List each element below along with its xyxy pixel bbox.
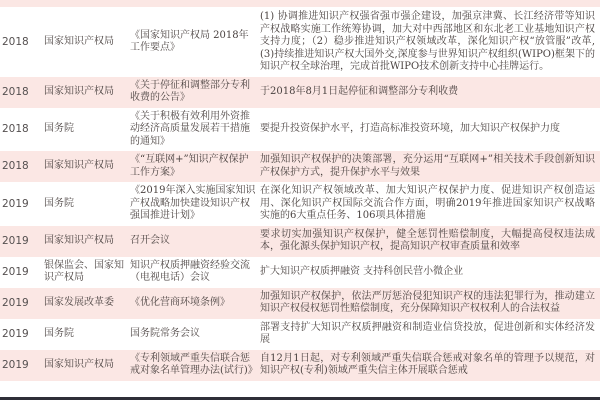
cell-desc: 于2018年8月1日起停征和调整部分专利收费 <box>260 86 598 99</box>
cell-desc: 加强知识产权保护，依法严厉惩治侵犯知识产权的违法犯罪行为，推动建立知识产权侵权惩… <box>260 291 598 316</box>
cell-title: 《国家知识产权局 2018年工作要点》 <box>130 30 256 55</box>
cell-agency: 国家知识产权局 <box>44 86 126 99</box>
cell-title: 知识产权质押融资经验交流（电视电话）会议 <box>130 260 256 285</box>
table-row: 2018 国务院 《关于积极有效利用外资推动经济高质量发展若干措施的通知》 要提… <box>0 108 600 152</box>
cell-desc: 要求切实加强知识产权保护，健全惩罚性赔偿制度，大幅提高侵权违法成本，强化源头保护… <box>260 229 598 254</box>
cell-title: 《关于停征和调整部分专利收费的公告》 <box>130 80 256 105</box>
table-body: 2018 国家知识产权局 《国家知识产权局 2018年工作要点》 (1) 协调推… <box>0 8 600 381</box>
partial-row-top <box>0 0 600 8</box>
table-row: 2018 国家知识产权局 《关于停征和调整部分专利收费的公告》 于2018年8月… <box>0 77 600 108</box>
cell-year: 2019 <box>2 235 40 248</box>
cell-agency: 国务院 <box>44 198 126 211</box>
cell-agency: 银保监会、国家知识产权局 <box>44 260 126 285</box>
cell-year: 2018 <box>2 36 40 49</box>
cell-year: 2019 <box>2 297 40 310</box>
cell-agency: 国家知识产权局 <box>44 36 126 49</box>
cell-agency: 国务院 <box>44 328 126 341</box>
table-row: 2019 国务院 国务院常务会议 部署支持扩大知识产权质押融资和制造业信贷投放，… <box>0 319 600 350</box>
table-row: 2019 国家知识产权局 《专利领域严重失信联合惩戒对象名单管理办法(试行)》 … <box>0 350 600 381</box>
cell-desc: 要提升投资保护水平，打造高标准投资环境，加大知识产权保护力度 <box>260 123 598 136</box>
cell-agency: 国家发展改革委 <box>44 297 126 310</box>
cell-agency: 国家知识产权局 <box>44 359 126 372</box>
cell-title: 召开会议 <box>130 235 256 248</box>
table-row: 2019 银保监会、国家知识产权局 知识产权质押融资经验交流（电视电话）会议 扩… <box>0 257 600 288</box>
cell-year: 2019 <box>2 198 40 211</box>
cell-title: 《2019年深入实施国家知识产权战略加快建设知识产权强国推进计划》 <box>130 185 256 223</box>
cell-year: 2018 <box>2 160 40 173</box>
cell-year: 2019 <box>2 328 40 341</box>
cell-title: 《“互联网+”知识产权保护工作方案》 <box>130 154 256 179</box>
cell-year: 2018 <box>2 123 40 136</box>
cell-agency: 国家知识产权局 <box>44 235 126 248</box>
cell-desc: 部署支持扩大知识产权质押融资和制造业信贷投放，促进创新和实体经济发展 <box>260 322 598 347</box>
ip-policy-table-page: 2018 国家知识产权局 《国家知识产权局 2018年工作要点》 (1) 协调推… <box>0 0 600 400</box>
table-row: 2019 国家发展改革委 《优化营商环境条例》 加强知识产权保护，依法严厉惩治侵… <box>0 288 600 319</box>
table-row: 2019 国务院 《2019年深入实施国家知识产权战略加快建设知识产权强国推进计… <box>0 182 600 226</box>
cell-title: 《专利领域严重失信联合惩戒对象名单管理办法(试行)》 <box>130 353 256 378</box>
cell-agency: 国家知识产权局 <box>44 160 126 173</box>
cell-title: 《优化营商环境条例》 <box>130 297 256 310</box>
cell-desc: 自12月1日起，对专利领域严重失信联合惩戒对象名单的管理予以规范，对知识产权(专… <box>260 353 598 378</box>
table-row: 2019 国家知识产权局 召开会议 要求切实加强知识产权保护，健全惩罚性赔偿制度… <box>0 226 600 257</box>
cell-desc: 扩大知识产权质押融资 支持科创民营小微企业 <box>260 266 598 279</box>
cell-agency: 国务院 <box>44 123 126 136</box>
table-row: 2018 国家知识产权局 《国家知识产权局 2018年工作要点》 (1) 协调推… <box>0 8 600 77</box>
cell-year: 2019 <box>2 266 40 279</box>
table-row: 2018 国家知识产权局 《“互联网+”知识产权保护工作方案》 加强知识产权保护… <box>0 151 600 182</box>
cell-desc: 加强知识产权保护的决策部署，充分运用“互联网+”相关技术手段创新知识产权保护方式… <box>260 154 598 179</box>
cell-title: 《关于积极有效利用外资推动经济高质量发展若干措施的通知》 <box>130 111 256 149</box>
cell-year: 2018 <box>2 86 40 99</box>
cell-desc: (1) 协调推进知识产权强省强市强企建设，加强京津冀、长江经济带等知识产权战略实… <box>260 11 598 74</box>
cell-desc: 在深化知识产权领域改革、加大知识产权保护力度、促进知识产权创造运用、深化知识产权… <box>260 185 598 223</box>
cell-title: 国务院常务会议 <box>130 328 256 341</box>
cell-year: 2019 <box>2 359 40 372</box>
